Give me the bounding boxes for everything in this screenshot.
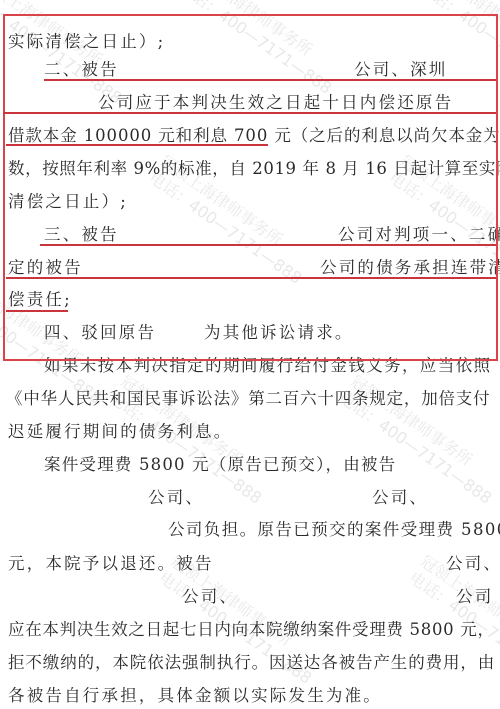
text: 公司、 — [182, 585, 238, 609]
document-line: 四、驳回原告 为其他诉讼请求。 — [0, 321, 500, 345]
text: 公司、 — [148, 486, 204, 510]
document-line: 案件受理费 5800 元（原告已预交），由被告 — [0, 453, 500, 477]
underline-annotation — [40, 244, 496, 246]
underline-annotation — [3, 112, 496, 114]
text: 清偿之日止）; — [8, 190, 128, 214]
document-line: 应在本判决生效之日起七日内向本院缴纳案件受理费 5800 元， — [0, 618, 500, 642]
text: 如果未按本判决指定的期间履行给付金钱义务，应当依照 — [44, 354, 492, 378]
document-line: 偿责任; — [0, 288, 500, 312]
text: 应在本判决生效之日起七日内向本院缴纳案件受理费 5800 元， — [8, 618, 495, 642]
text: 《中华人民共和国民事诉讼法》第二百六十四条规定，加倍支付 — [6, 387, 490, 411]
text: 数，按照年利率 9%的标准，自 2019 年 8 月 16 日起计算至实际 — [8, 157, 500, 181]
document-line: 各被告自行承担，具体金额以实际发生为准。 — [0, 684, 500, 708]
underline-annotation — [6, 310, 68, 312]
document-line: 《中华人民共和国民事诉讼法》第二百六十四条规定，加倍支付 — [0, 387, 500, 411]
text: 公司 — [456, 585, 493, 609]
document-line: 拒不缴纳的，本院依法强制执行。因送达各被告产生的费用，由 — [0, 651, 500, 675]
document-line: 公司负担。原告已预交的案件受理费 5800 — [0, 518, 500, 542]
text: 实际清偿之日止）; — [8, 30, 165, 54]
text: 元，本院予以退还。被告 — [8, 552, 214, 576]
document-line: 迟延履行期间的债务利息。 — [0, 420, 500, 444]
text: 各被告自行承担，具体金额以实际发生为准。 — [8, 684, 382, 708]
underline-annotation — [6, 277, 496, 279]
document-line: 如果未按本判决指定的期间履行给付金钱义务，应当依照 — [0, 354, 500, 378]
text: 四、驳回原告 — [44, 321, 156, 345]
document-line: 实际清偿之日止）; — [0, 30, 500, 54]
text: 公司负担。原告已预交的案件受理费 5800 — [168, 518, 500, 542]
document-line: 元，本院予以退还。被告 公司、 — [0, 552, 500, 576]
text: 案件受理费 5800 元（原告已预交），由被告 — [44, 453, 396, 477]
text: 迟延履行期间的债务利息。 — [8, 420, 232, 444]
document-line: 数，按照年利率 9%的标准，自 2019 年 8 月 16 日起计算至实际 — [0, 157, 500, 181]
underline-annotation — [44, 79, 496, 81]
text: 公司、 — [372, 486, 428, 510]
document-line: 清偿之日止）; — [0, 190, 500, 214]
text: 拒不缴纳的，本院依法强制执行。因送达各被告产生的费用，由 — [8, 651, 495, 675]
text: 偿责任; — [8, 288, 72, 312]
text: 为其他诉讼请求。 — [204, 321, 354, 345]
document-line: 公司、 公司、 — [0, 486, 500, 510]
document-line: 公司、 公司 — [0, 585, 500, 609]
underline-annotation — [6, 144, 268, 146]
text: 公司、 — [446, 552, 500, 576]
